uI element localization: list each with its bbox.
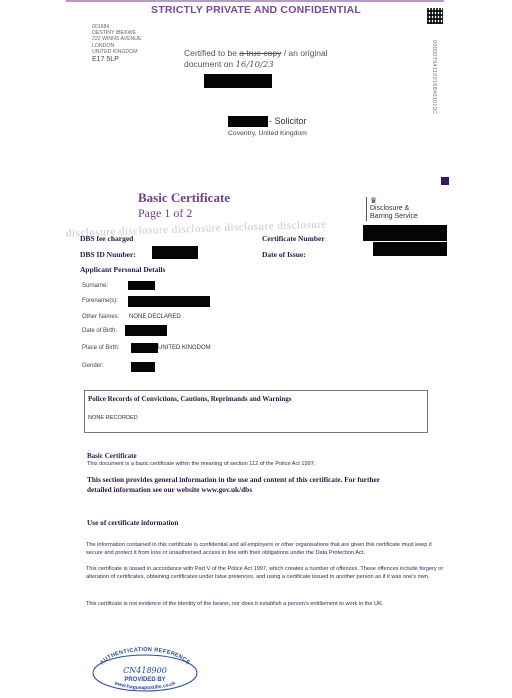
fee-label: DBS fee charged xyxy=(80,234,133,243)
other-names-label: Other Names: xyxy=(82,314,119,320)
cert-struck-text: a true copy xyxy=(239,48,281,58)
dbs-logo: ♛ Disclosure & Barring Service xyxy=(366,197,418,221)
general-info: This section provides general informatio… xyxy=(87,475,467,495)
dbs-id-label: DBS ID Number: xyxy=(80,250,136,259)
general-info-line1: This section provides general informatio… xyxy=(87,475,467,485)
vertical-reference-code: 000007941100168401010C xyxy=(427,40,437,130)
other-names-value: NONE DECLARED xyxy=(129,314,181,320)
top-rule xyxy=(66,0,444,2)
solicitor-location: Coventry, United Kingdom xyxy=(228,130,307,137)
police-records-value: NONE RECORDED xyxy=(88,415,138,421)
police-records-heading: Police Records of Convictions, Cautions,… xyxy=(88,395,291,403)
redacted-dbs-id xyxy=(152,246,198,259)
redacted-issue-date xyxy=(373,242,447,256)
redacted-solicitor-name xyxy=(228,116,268,127)
place-of-birth-label: Place of Birth: xyxy=(82,345,119,351)
general-info-line2: detailed information see our website www… xyxy=(87,485,467,495)
forename-label: Forename(s): xyxy=(82,298,118,304)
crown-crest-icon: ♛ xyxy=(370,197,418,205)
dob-label: Date of Birth: xyxy=(82,328,117,334)
cert-prefix: Certified to be xyxy=(184,48,239,58)
certificate-number-label: Certificate Number xyxy=(262,234,325,243)
datamatrix-code-icon xyxy=(427,8,443,24)
date-of-issue-label: Date of Issue: xyxy=(262,250,306,259)
use-info-heading: Use of certificate information xyxy=(87,518,178,527)
basic-certificate-heading: Basic Certificate xyxy=(87,452,137,460)
use-info-para3: This certificate is not evidence of the … xyxy=(86,601,466,609)
surname-label: Surname: xyxy=(82,283,108,289)
address-postcode: E17 5LP xyxy=(92,55,142,64)
recipient-address: 001684 DESTINY IBEKWE 222 WINNS AVENUE L… xyxy=(92,24,142,64)
redacted-forename xyxy=(128,296,210,307)
svg-text:CN418900: CN418900 xyxy=(123,666,167,675)
redacted-dob xyxy=(125,325,167,336)
use-info-para1: The information contained in this certif… xyxy=(86,542,448,557)
issuer-line1: Disclosure & xyxy=(370,205,418,213)
use-info-para2: This certificate is issued in accordance… xyxy=(86,566,448,581)
redacted-surname xyxy=(128,281,155,290)
gender-label: Gender: xyxy=(82,363,104,369)
authentication-stamp: AUTHENTICATION REFERENCE CN418900 PROVID… xyxy=(88,643,202,693)
cert-suffix: / an original xyxy=(281,48,327,58)
redacted-signature xyxy=(204,74,272,88)
address-street: 222 WINNS AVENUE xyxy=(92,36,142,42)
purple-marker xyxy=(441,177,449,185)
certification-statement: Certified to be a true copy / an origina… xyxy=(184,48,328,71)
svg-text:AUTHENTICATION REFERENCE: AUTHENTICATION REFERENCE xyxy=(99,647,191,666)
place-of-birth-value: UNITED KINGDOM xyxy=(158,345,211,351)
handwritten-date: 16/10/23 xyxy=(236,60,274,70)
applicant-heading: Applicant Personal Details xyxy=(80,265,165,274)
redacted-gender xyxy=(131,362,155,372)
certificate-title: Basic Certificate xyxy=(138,190,230,206)
cert-line2: document on xyxy=(184,59,236,69)
basic-certificate-text: This document is a basic certificate wit… xyxy=(87,461,315,469)
svg-text:PROVIDED BY: PROVIDED BY xyxy=(124,677,165,683)
issuer-line2: Barring Service xyxy=(370,213,418,221)
solicitor-label: - Solicitor xyxy=(269,116,307,126)
redacted-birth-town xyxy=(131,343,158,353)
page-indicator: Page 1 of 2 xyxy=(138,206,192,221)
redacted-certificate-number xyxy=(363,225,447,241)
